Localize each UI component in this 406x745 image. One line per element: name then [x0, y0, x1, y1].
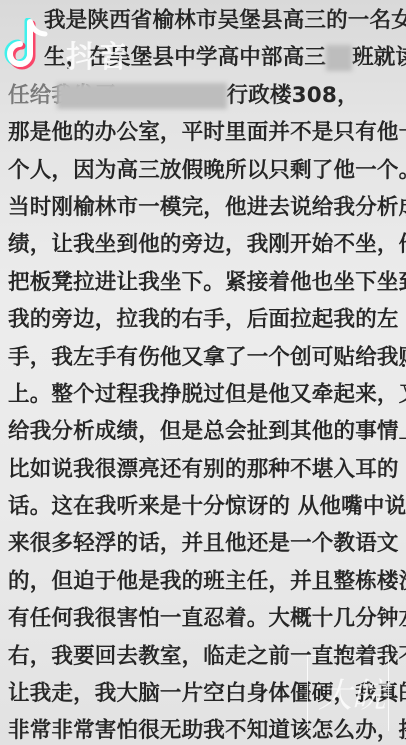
redacted-block — [57, 83, 227, 109]
text-line: 的，但迫于他是我的班主任，并且整栋楼没 — [8, 563, 400, 600]
text-fragment: 行政楼308， — [227, 83, 359, 108]
douyin-logo-icon — [4, 18, 56, 78]
screenshot-view: 我是陕西省榆林市吴堡县高三的一名女学 生，在吴堡县中学高中部高三班就读。班主 任… — [0, 0, 406, 745]
watermark-text: 大皖 — [318, 668, 386, 717]
text-line: 我的旁边，拉我的右手，后面拉起我的左 — [8, 301, 400, 338]
text-line: 话。这在我听来是十分惊讶的 从他嘴中说出 — [8, 488, 400, 525]
text-line: 那是他的办公室，平时里面并不是只有他一 — [8, 114, 400, 151]
text-line: 上。整个过程我挣脱过但是他又牵起来，又 — [8, 376, 400, 413]
text-line: 当时刚榆林市一模完，他进去说给我分析成 — [8, 189, 400, 226]
stray-dot — [402, 364, 405, 367]
text-line: 绩，让我坐到他的旁边，我刚开始不坐，他 — [8, 226, 400, 263]
douyin-logo-text: 抖音 — [66, 32, 130, 76]
text-line: 任给我发了行政楼308， — [8, 77, 400, 114]
text-line: 个人，因为高三放假晚所以只剩了他一个。 — [8, 152, 400, 189]
text-line: 给我分析成绩，但是总会扯到其他的事情上 — [8, 413, 400, 450]
redacted-block — [326, 45, 352, 71]
text-line: 有任何我很害怕一直忍着。大概十几分钟左 — [8, 600, 400, 637]
text-line: 来很多轻浮的话，并且他还是一个教语文 — [8, 525, 400, 562]
text-line: 比如说我很漂亮还有别的那种不堪入耳的 — [8, 451, 400, 488]
text-fragment: 班就读。班主 — [352, 45, 406, 70]
post-text-body: 我是陕西省榆林市吴堡县高三的一名女学 生，在吴堡县中学高中部高三班就读。班主 任… — [8, 2, 400, 745]
text-line: 手，我左手有伤他又拿了一个创可贴给我贴 — [8, 339, 400, 376]
text-line: 把板凳拉进让我坐下。紧接着他也坐下坐到 — [8, 264, 400, 301]
